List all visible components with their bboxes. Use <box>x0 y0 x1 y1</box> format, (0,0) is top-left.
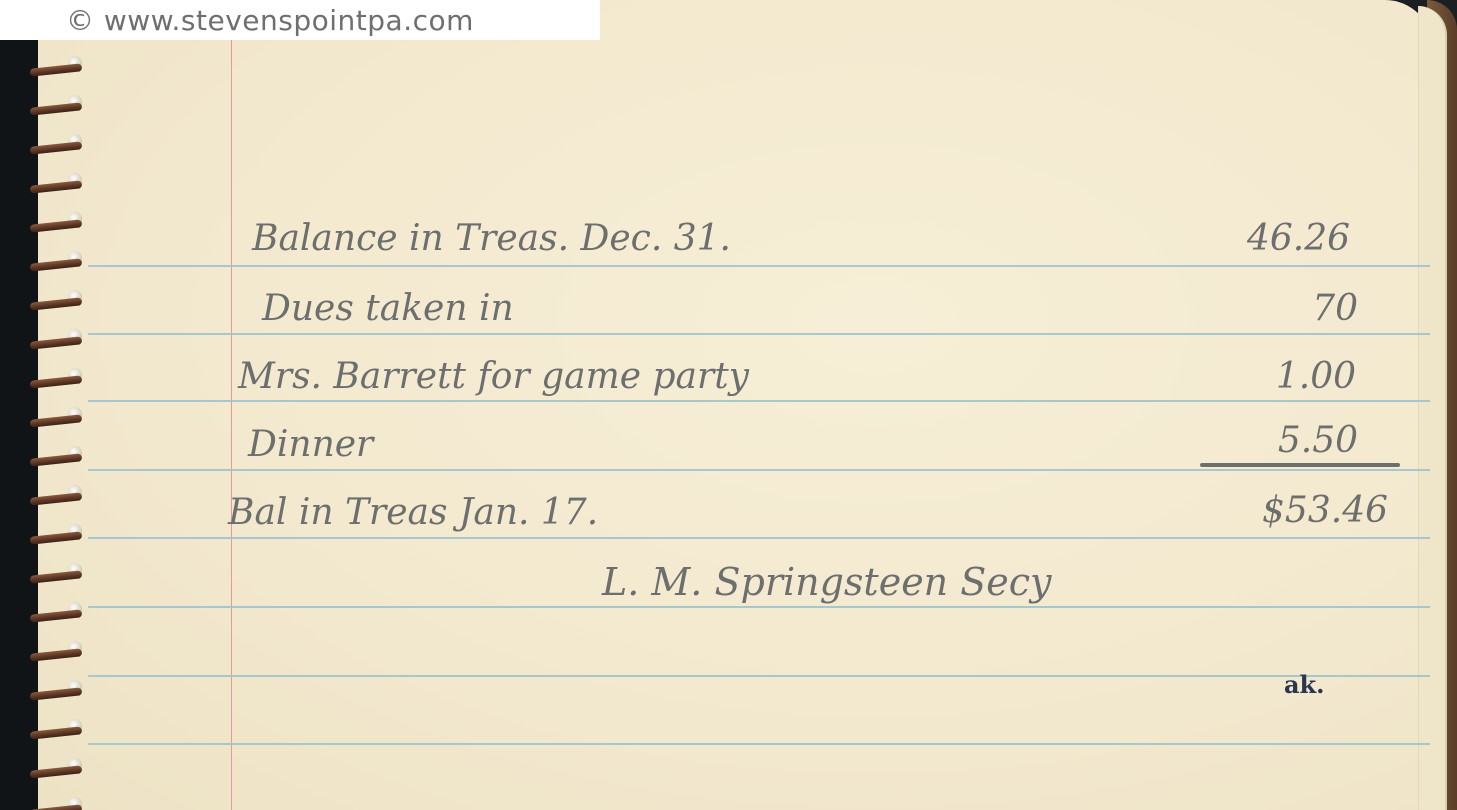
entry-amount-balance: 46.26 <box>1130 218 1350 259</box>
copyright-watermark: © www.stevenspointpa.com <box>0 0 600 40</box>
sum-underline <box>1200 463 1400 467</box>
entry-label-dues: Dues taken in <box>262 288 514 329</box>
ruled-line <box>88 537 1430 539</box>
ruled-line <box>88 606 1430 608</box>
ruled-line <box>88 400 1430 402</box>
entry-label-game-party: Mrs. Barrett for game party <box>238 356 749 397</box>
entry-amount-dinner: 5.50 <box>1138 420 1358 461</box>
notebook-page <box>38 0 1433 810</box>
ink-initials-mark: ak. <box>1284 670 1325 699</box>
ruled-line <box>88 265 1430 267</box>
secretary-signature: L. M. Springsteen Secy <box>602 560 1052 604</box>
ruled-line <box>88 333 1430 335</box>
page-stack-edge <box>1418 6 1447 810</box>
entry-amount-game-party: 1.00 <box>1136 356 1356 397</box>
entry-label-dinner: Dinner <box>248 424 373 465</box>
total-amount: $53.46 <box>1168 490 1388 531</box>
entry-amount-dues: 70 <box>1138 288 1358 329</box>
ruled-line <box>88 675 1430 677</box>
ruled-line <box>88 743 1430 745</box>
ruled-line <box>88 469 1430 471</box>
total-label: Bal in Treas Jan. 17. <box>228 492 598 533</box>
entry-label-balance: Balance in Treas. Dec. 31. <box>252 218 731 259</box>
margin-line <box>231 40 232 810</box>
